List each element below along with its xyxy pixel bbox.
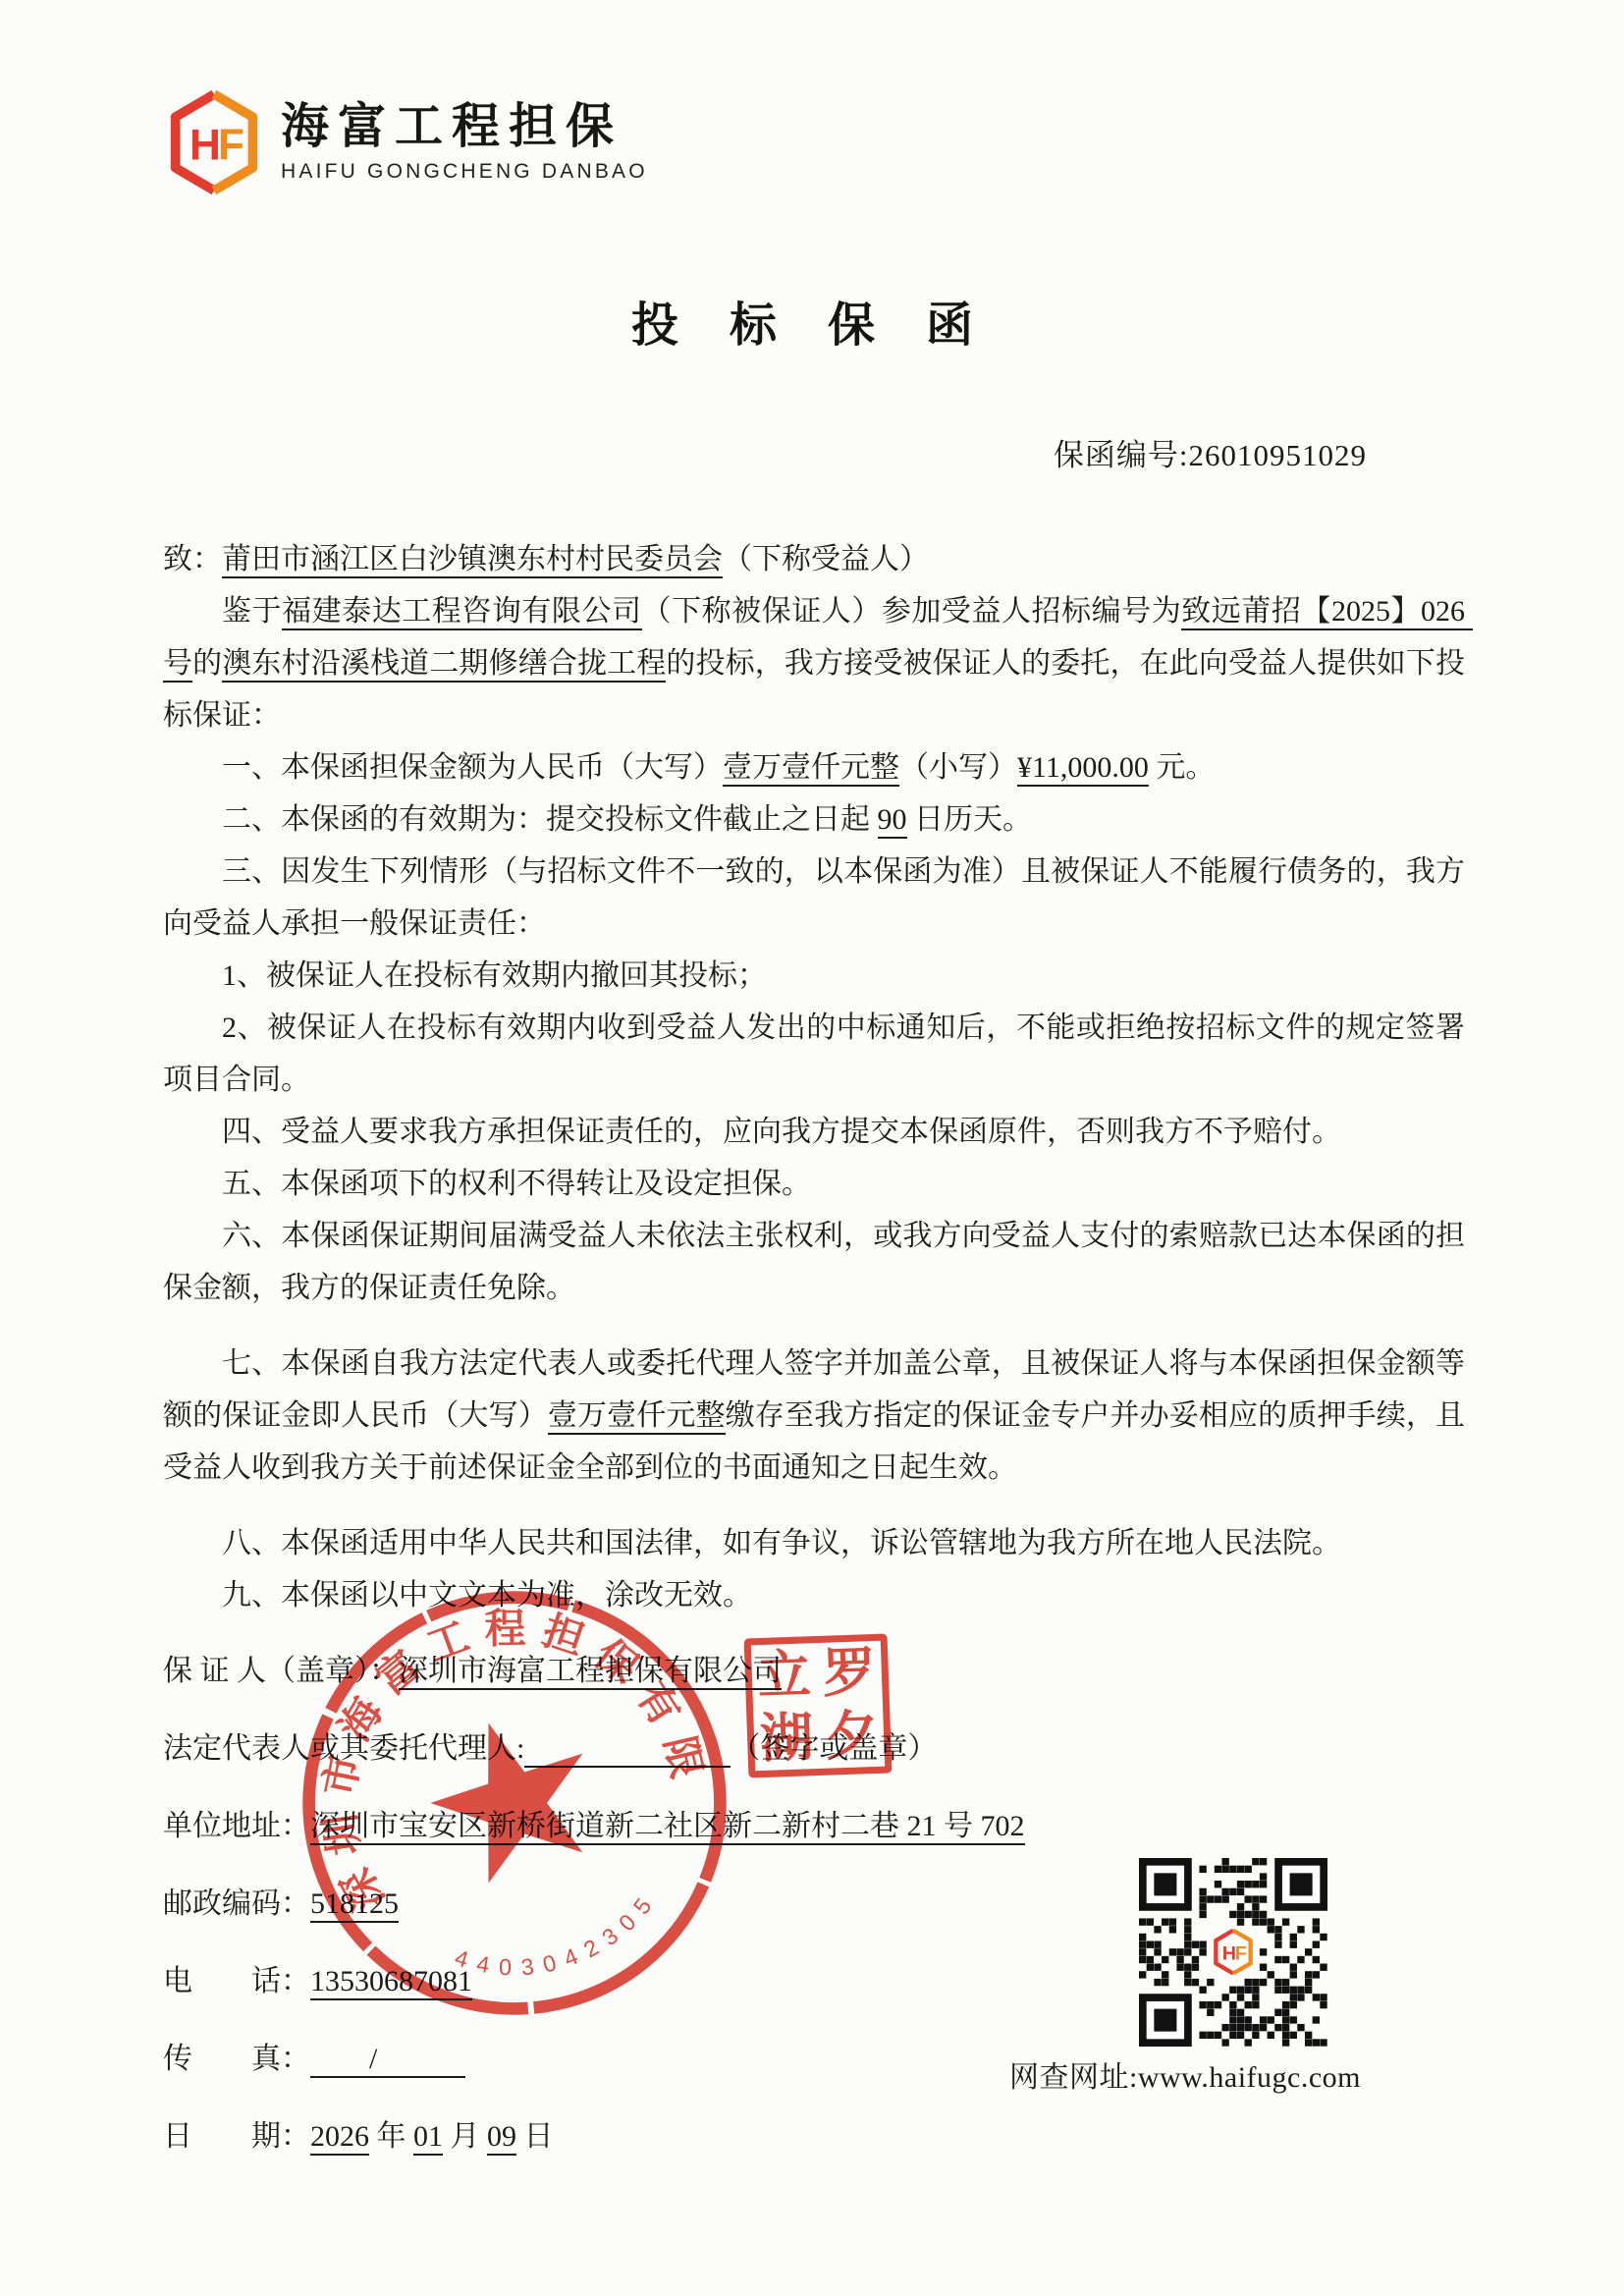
body-paragraph: 六、本保函保证期间届满受益人未依法主张权利，或我方向受益人支付的索赔款已达本保函… [163, 1210, 1465, 1314]
text-run: 六、本保函保证期间届满受益人未依法主张权利，或我方向受益人支付的索赔款已达本保函… [163, 1220, 1465, 1304]
square-seal-char: 罗 [816, 1642, 883, 1705]
haifu-logo-icon: H F [167, 88, 261, 196]
underlined-text: 澳东村沿溪栈道二期修缮合拢工程 [222, 647, 666, 683]
text-run: 日历天。 [907, 803, 1033, 836]
square-seal-char: 湖 [753, 1707, 820, 1770]
text-run: 五、本保函项下的权利不得转让及设定担保。 [222, 1168, 811, 1200]
signature-line-label: 法定代表人或其委托代理人: [163, 1723, 524, 1767]
square-seal-char: 立 [751, 1644, 818, 1707]
signature-block: 保 证 人（盖章）：深圳市海富工程担保有限公司法定代表人或其委托代理人: （签字… [163, 1646, 1025, 2155]
signature-line-label: 电 话： [163, 1956, 310, 1999]
text-run: 1、被保证人在投标有效期内撤回其投标； [222, 959, 767, 992]
text-run: （小写） [899, 751, 1017, 784]
text-run: 四、受益人要求我方承担保证责任的，应向我方提交本保函原件，否则我方不予赔付。 [222, 1116, 1341, 1148]
signature-line-value: 深圳市海富工程担保有限公司 [399, 1646, 782, 1689]
body-paragraph: 三、因发生下列情形（与招标文件不一致的，以本保函为准）且被保证人不能履行债务的，… [163, 846, 1465, 950]
text-run: 八、本保函适用中华人民共和国法律，如有争议，诉讼管辖地为我方所在地人民法院。 [222, 1527, 1341, 1559]
underlined-text: 壹万壹仟元整 [723, 751, 899, 787]
guarantee-number-label: 保函编号: [1054, 438, 1189, 472]
text-run: 二、本保函的有效期为：提交投标文件截止之日起 [222, 803, 878, 836]
text-run: 一、本保函担保金额为人民币（大写） [222, 751, 723, 784]
body-paragraph: 五、本保函项下的权利不得转让及设定担保。 [163, 1158, 1465, 1210]
text-run: （下称受益人） [723, 543, 929, 575]
text-run: 三、因发生下列情形（与招标文件不一致的，以本保函为准）且被保证人不能履行债务的，… [163, 855, 1465, 940]
text-run: 月 [443, 2120, 487, 2153]
guarantee-number: 保函编号:26010951029 [1054, 430, 1367, 474]
signature-line-value [524, 1723, 731, 1767]
body-paragraph: 九、本保函以中文文本为准，涂改无效。 [163, 1569, 1465, 1621]
underlined-text: 09 [487, 2120, 516, 2156]
signature-line: 单位地址：深圳市宝安区新桥街道新二社区新二新村二巷 21 号 702 [163, 1801, 1025, 1844]
body-paragraph: 一、本保函担保金额为人民币（大写）壹万壹仟元整（小写）¥11,000.00 元。 [163, 741, 1465, 793]
body-paragraph: 致：莆田市涵江区白沙镇澳东村村民委员会（下称受益人） [163, 533, 1465, 585]
signature-line-value: 2026 年 01 月 09 日 [310, 2111, 554, 2155]
text-run: （下称被保证人）参加受益人招标编号为 [642, 595, 1182, 628]
underlined-text: 福建泰达工程咨询有限公司 [282, 595, 641, 630]
signature-line-label: 保 证 人（盖章）： [163, 1646, 399, 1689]
signature-line-value: / [310, 2034, 465, 2077]
qr-code [1139, 1858, 1327, 2047]
underlined-text: 01 [413, 2120, 443, 2156]
signature-line: 电 话：13530687081 [163, 1956, 1025, 1999]
text-run: 日 [516, 2120, 554, 2153]
square-seal-char: 夕 [818, 1705, 885, 1768]
underlined-text: 莆田市涵江区白沙镇澳东村村民委员会 [222, 543, 723, 578]
text-run: 致： [163, 543, 222, 575]
document-title: 投 标 保 函 [0, 287, 1624, 355]
qr-caption: 网查网址:www.haifugc.com [1009, 2052, 1361, 2096]
body-paragraph: 七、本保函自我方法定代表人或委托代理人签字并加盖公章，且被保证人将与本保函担保金… [163, 1338, 1465, 1494]
signature-line-value: 518125 [310, 1887, 399, 1921]
brand-text: 海富工程担保 HAIFU GONGCHENG DANBAO [281, 101, 648, 184]
text-run: 九、本保函以中文文本为准，涂改无效。 [222, 1579, 752, 1612]
underlined-text: 深圳市宝安区新桥街道新二社区新二新村二巷 21 号 702 [310, 1810, 1025, 1845]
underlined-text: / [310, 2043, 465, 2078]
guarantee-number-value: 26010951029 [1189, 438, 1368, 472]
underlined-text [524, 1732, 731, 1768]
signature-line: 邮政编码：518125 [163, 1879, 1025, 1922]
signature-line: 传 真： / [163, 2034, 1025, 2077]
underlined-text: 深圳市海富工程担保有限公司 [399, 1655, 782, 1690]
signature-line-label: 日 期： [163, 2111, 310, 2155]
underlined-text: 13530687081 [310, 1965, 472, 2000]
text-run: 的 [192, 647, 222, 680]
square-seal: 立罗湖夕 [744, 1633, 893, 1777]
signature-line-value: 13530687081 [310, 1965, 472, 1998]
letterhead: H F 海富工程担保 HAIFU GONGCHENG DANBAO [167, 88, 648, 196]
signature-line-label: 单位地址： [163, 1801, 310, 1844]
underlined-text: 90 [878, 803, 907, 839]
underlined-text: 壹万壹仟元整 [548, 1399, 726, 1435]
signature-line-value: 深圳市宝安区新桥街道新二社区新二新村二巷 21 号 702 [310, 1801, 1025, 1844]
body-paragraph: 八、本保函适用中华人民共和国法律，如有争议，诉讼管辖地为我方所在地人民法院。 [163, 1517, 1465, 1569]
signature-line: 保 证 人（盖章）：深圳市海富工程担保有限公司 [163, 1646, 1025, 1689]
text-run: 2、被保证人在投标有效期内收到受益人发出的中标通知后，不能或拒绝按招标文件的规定… [163, 1011, 1465, 1096]
brand-name-en: HAIFU GONGCHENG DANBAO [281, 160, 648, 184]
body-paragraph: 2、被保证人在投标有效期内收到受益人发出的中标通知后，不能或拒绝按招标文件的规定… [163, 1002, 1465, 1106]
signature-line: 日 期：2026 年 01 月 09 日 [163, 2111, 1025, 2155]
body-paragraph: 四、受益人要求我方承担保证责任的，应向我方提交本保函原件，否则我方不予赔付。 [163, 1106, 1465, 1158]
signature-line-label: 传 真： [163, 2034, 310, 2077]
underlined-text: 518125 [310, 1887, 399, 1923]
document-page: H F 海富工程担保 HAIFU GONGCHENG DANBAO 投 标 保 … [0, 0, 1624, 2296]
text-run: 鉴于 [222, 595, 282, 628]
body-paragraph: 鉴于福建泰达工程咨询有限公司（下称被保证人）参加受益人招标编号为致远莆招【202… [163, 585, 1465, 741]
text-run: 年 [369, 2120, 413, 2153]
underlined-text: 2026 [310, 2120, 369, 2156]
document-body: 致：莆田市涵江区白沙镇澳东村村民委员会（下称受益人）鉴于福建泰达工程咨询有限公司… [163, 533, 1465, 1621]
signature-line: 法定代表人或其委托代理人: （签字或盖章） [163, 1723, 1025, 1767]
text-run: 元。 [1149, 751, 1216, 784]
body-paragraph: 二、本保函的有效期为：提交投标文件截止之日起 90 日历天。 [163, 793, 1465, 846]
underlined-text: ¥11,000.00 [1017, 751, 1149, 787]
brand-name-cn: 海富工程担保 [281, 101, 648, 154]
signature-line-label: 邮政编码： [163, 1879, 310, 1922]
body-paragraph: 1、被保证人在投标有效期内撤回其投标； [163, 950, 1465, 1002]
